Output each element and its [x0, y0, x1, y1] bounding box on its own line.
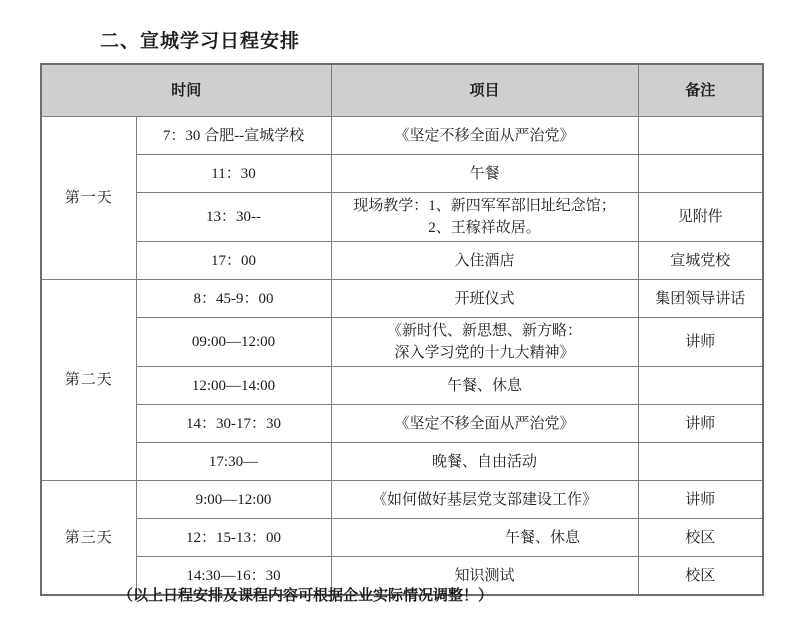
schedule-row: 17:30—晚餐、自由活动 [41, 443, 763, 481]
schedule-row: 11：30午餐 [41, 155, 763, 193]
time-cell: 12:00—14:00 [136, 367, 331, 405]
note-cell: 校区 [638, 519, 763, 557]
time-cell: 7：30 合肥--宣城学校 [136, 117, 331, 155]
note-cell: 见附件 [638, 193, 763, 242]
project-cell: 《如何做好基层党支部建设工作》 [331, 481, 638, 519]
project-cell: 现场教学：1、新四军军部旧址纪念馆； 2、王稼祥故居。 [331, 193, 638, 242]
footer-note: （以上日程安排及课程内容可根据企业实际情况调整！） [118, 584, 493, 605]
schedule-table-header: 时间 项目 备注 [41, 64, 763, 117]
project-cell: 入住酒店 [331, 242, 638, 280]
time-cell: 8：45-9：00 [136, 280, 331, 318]
time-cell: 17：00 [136, 242, 331, 280]
note-cell [638, 155, 763, 193]
schedule-row: 第三天9:00—12:00《如何做好基层党支部建设工作》讲师 [41, 481, 763, 519]
note-cell: 集团领导讲话 [638, 280, 763, 318]
project-cell: 《坚定不移全面从严治党》 [331, 405, 638, 443]
schedule-row: 17：00入住酒店宣城党校 [41, 242, 763, 280]
day-label: 第一天 [41, 117, 136, 280]
note-cell [638, 117, 763, 155]
time-cell: 09:00—12:00 [136, 318, 331, 367]
schedule-row: 第一天7：30 合肥--宣城学校《坚定不移全面从严治党》 [41, 117, 763, 155]
project-cell: 午餐 [331, 155, 638, 193]
time-cell: 13：30-- [136, 193, 331, 242]
note-cell: 讲师 [638, 481, 763, 519]
schedule-row: 13：30--现场教学：1、新四军军部旧址纪念馆； 2、王稼祥故居。见附件 [41, 193, 763, 242]
project-cell: 晚餐、自由活动 [331, 443, 638, 481]
col-header-time: 时间 [41, 64, 331, 117]
note-cell: 讲师 [638, 405, 763, 443]
note-cell: 校区 [638, 557, 763, 596]
project-cell: 午餐、休息 [331, 367, 638, 405]
note-cell: 宣城党校 [638, 242, 763, 280]
schedule-row: 12:00—14:00午餐、休息 [41, 367, 763, 405]
project-cell: 《新时代、新思想、新方略： 深入学习党的十九大精神》 [331, 318, 638, 367]
schedule-table-body: 第一天7：30 合肥--宣城学校《坚定不移全面从严治党》11：30午餐13：30… [41, 117, 763, 596]
schedule-row: 14：30-17：30《坚定不移全面从严治党》讲师 [41, 405, 763, 443]
time-cell: 17:30— [136, 443, 331, 481]
day-label: 第二天 [41, 280, 136, 481]
note-cell [638, 367, 763, 405]
schedule-row: 12：15-13：00午餐、休息校区 [41, 519, 763, 557]
document-page: 二、宣城学习日程安排 时间 项目 备注 第一天7：30 合肥--宣城学校《坚定不… [0, 0, 800, 632]
time-cell: 11：30 [136, 155, 331, 193]
schedule-row: 第二天8：45-9：00开班仪式集团领导讲话 [41, 280, 763, 318]
note-cell: 讲师 [638, 318, 763, 367]
time-cell: 12：15-13：00 [136, 519, 331, 557]
time-cell: 14：30-17：30 [136, 405, 331, 443]
project-cell: 开班仪式 [331, 280, 638, 318]
project-cell: 午餐、休息 [331, 519, 638, 557]
note-cell [638, 443, 763, 481]
col-header-note: 备注 [638, 64, 763, 117]
schedule-row: 09:00—12:00《新时代、新思想、新方略： 深入学习党的十九大精神》讲师 [41, 318, 763, 367]
header-row: 时间 项目 备注 [41, 64, 763, 117]
day-label: 第三天 [41, 481, 136, 596]
schedule-table: 时间 项目 备注 第一天7：30 合肥--宣城学校《坚定不移全面从严治党》11：… [40, 63, 764, 596]
time-cell: 9:00—12:00 [136, 481, 331, 519]
page-title: 二、宣城学习日程安排 [100, 26, 300, 53]
project-cell: 《坚定不移全面从严治党》 [331, 117, 638, 155]
col-header-project: 项目 [331, 64, 638, 117]
